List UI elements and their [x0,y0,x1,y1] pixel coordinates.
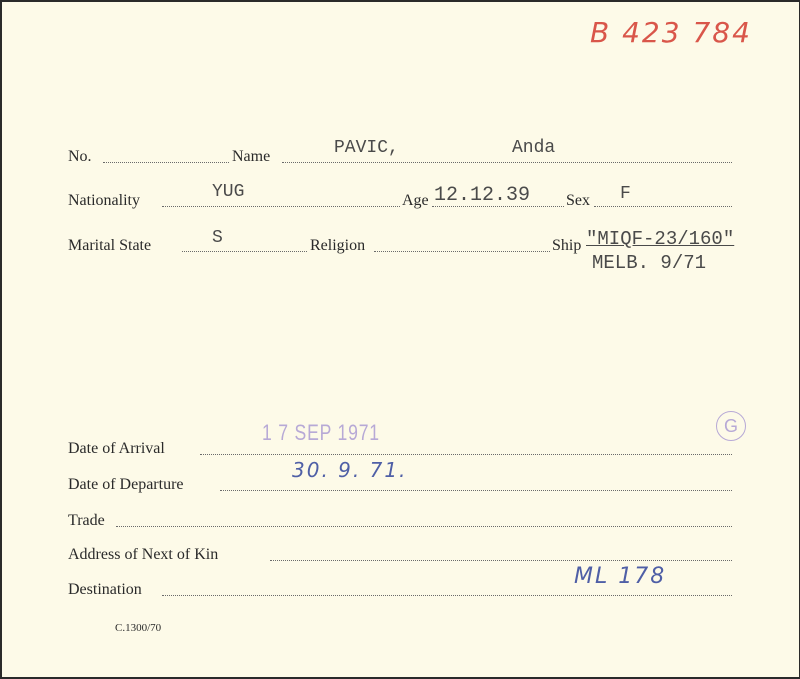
nationality-label: Nationality [68,192,140,210]
date-of-departure-label: Date of Departure [68,476,184,494]
date-of-arrival-label: Date of Arrival [68,440,165,458]
immigration-card: B 423 784 No. Name PAVIC, Anda Nationali… [2,2,799,677]
no-field [103,162,229,163]
arrival-date-stamp: 1 7 SEP 1971 [262,420,380,446]
trade-field [116,526,732,527]
nationality-value: YUG [212,182,244,202]
marital-state-field [182,251,307,252]
no-label: No. [68,148,92,166]
nationality-field [162,206,400,207]
date-of-departure-field [220,490,732,491]
sex-value: F [620,184,631,204]
address-next-of-kin-field [270,560,732,561]
g-stamp: G [716,411,746,441]
name-label: Name [232,148,270,166]
card-number: B 423 784 [590,16,752,49]
date-of-arrival-field [200,454,732,455]
ship-value-line1: "MIQF-23/160" [586,228,734,250]
religion-field [374,251,550,252]
destination-field [162,595,732,596]
ship-value-line2: MELB. 9/71 [592,252,706,274]
destination-label: Destination [68,581,142,599]
marital-state-label: Marital State [68,237,151,255]
age-value: 12.12.39 [434,184,530,207]
ship-label: Ship [552,237,581,255]
sex-label: Sex [566,192,590,210]
age-label: Age [402,192,429,210]
departure-date-value: 30. 9. 71. [292,458,407,482]
destination-value: ML 178 [574,564,666,589]
marital-state-value: S [212,228,223,248]
sex-field [594,206,732,207]
trade-label: Trade [68,512,105,530]
surname-value: PAVIC, [334,138,399,158]
address-next-of-kin-label: Address of Next of Kin [68,546,218,564]
religion-label: Religion [310,237,365,255]
form-code: C.1300/70 [115,622,161,634]
given-name-value: Anda [512,138,555,158]
name-field [282,162,732,163]
